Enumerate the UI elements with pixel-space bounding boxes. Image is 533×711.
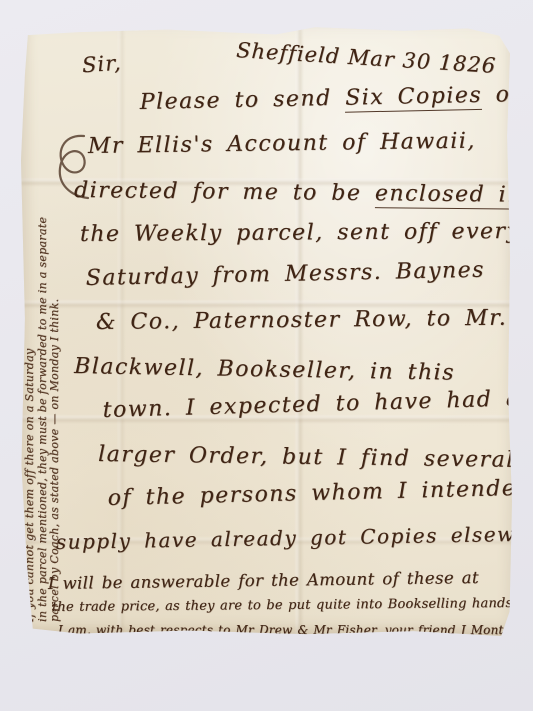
letter-line: & Co., Paternoster Row, to Mr. xyxy=(96,306,508,354)
underlined-text: enclosed in xyxy=(375,181,523,210)
text-segment: Mr Ellis's Account of Hawaii, xyxy=(88,129,476,159)
letter-line: Please to send Six Copies of xyxy=(140,82,509,134)
letter-line: supply have already got Copies elsewhere… xyxy=(56,522,509,574)
body-lines: Please to send Six Copies ofMr Ellis's A… xyxy=(48,90,508,643)
letter-line: Mr Ellis's Account of Hawaii, xyxy=(88,128,509,178)
letter-line: the trade price, as they are to be put q… xyxy=(52,596,508,623)
text-segment: I am, with best respects to Mr Drew & Mr… xyxy=(58,623,533,637)
letter-photograph: Sheffield Mar 30 1826 Sir, Please to sen… xyxy=(0,0,533,711)
salutation: Sir, xyxy=(81,51,122,78)
letter-line: I will be answerable for the Amount of t… xyxy=(48,568,508,600)
text-segment: & Co., Paternoster Row, to Mr. xyxy=(96,306,508,335)
text-segment: the Weekly parcel, sent off every xyxy=(80,219,521,247)
text-segment: the trade price, as they are to be put q… xyxy=(52,596,517,615)
text-segment: directed for me to be xyxy=(74,178,375,206)
underlined-text: Six Copies xyxy=(345,83,483,113)
cross-written-margin-note: If you cannot get them off there on a Sa… xyxy=(24,154,62,622)
paper-texture: Sheffield Mar 30 1826 Sir, Please to sen… xyxy=(20,26,512,636)
text-segment: of xyxy=(482,82,520,108)
text-segment: Blackwell, Bookseller, in this xyxy=(74,354,455,386)
margin-note-line: If you cannot get them off there on a Sa… xyxy=(24,154,37,622)
letter-line: I am, with best respects to Mr Drew & Mr… xyxy=(58,623,508,643)
letter-line: of the persons whom I intended to xyxy=(107,476,508,530)
text-segment: Please to send xyxy=(140,86,346,115)
margin-note-line: parcel by Coach, as stated above — on Mo… xyxy=(49,154,62,622)
text-segment: larger Order, but I find several xyxy=(98,442,515,473)
letter-paper-sheet: Sheffield Mar 30 1826 Sir, Please to sen… xyxy=(20,26,512,636)
letter-line: Saturday from Messrs. Baynes xyxy=(86,257,509,310)
